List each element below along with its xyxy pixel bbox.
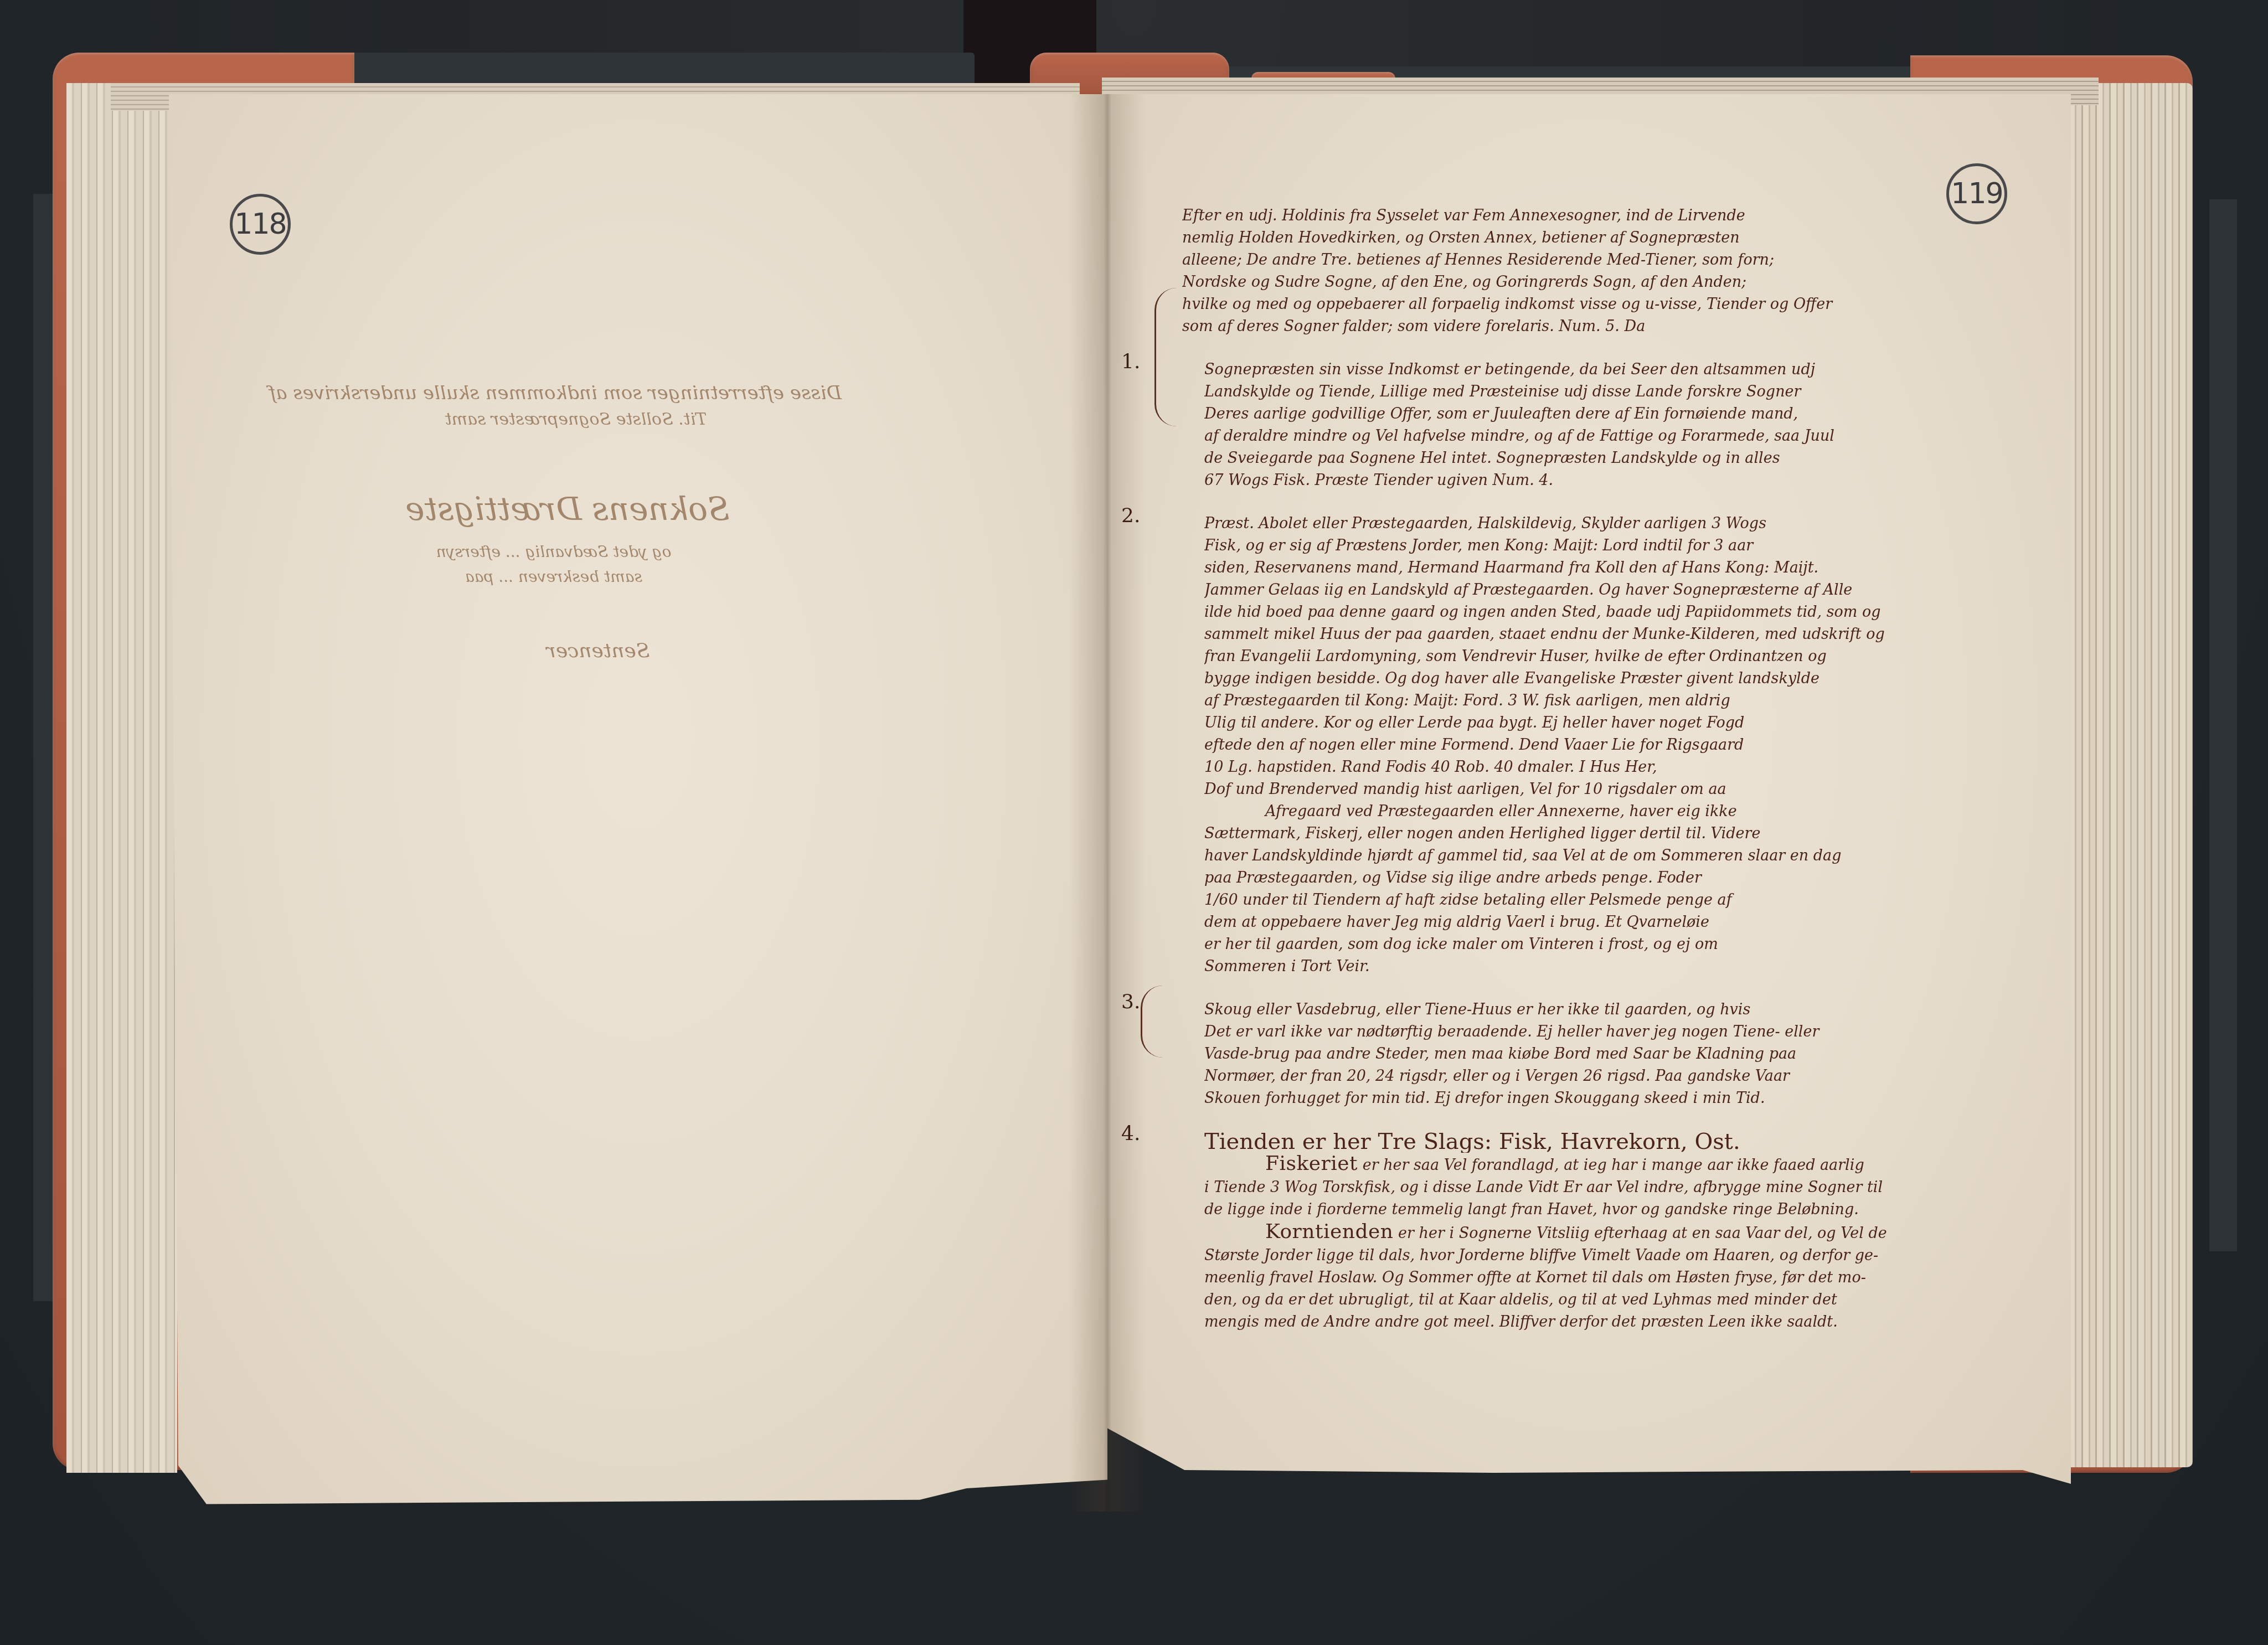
text-line: er her til gaarden, som dog icke maler o…	[1204, 934, 1980, 956]
text-line: af deraldre mindre og Vel hafvelse mindr…	[1204, 425, 1980, 447]
paragraph-lead: Fiskeriet	[1265, 1153, 1358, 1175]
intro-line: Efter en udj. Holdinis fra Sysselet var …	[1182, 205, 1980, 227]
text-line: Vasde-brug paa andre Steder, men maa kiø…	[1204, 1043, 1980, 1065]
manuscript-text: Efter en udj. Holdinis fra Sysselet var …	[1182, 205, 1980, 1333]
section-number: 3.	[1121, 991, 1140, 1013]
intro-block: Efter en udj. Holdinis fra Sysselet var …	[1182, 205, 1980, 338]
text-line: dem at oppebaere haver Jeg mig aldrig Va…	[1204, 911, 1980, 934]
text-line: 10 Lg. hapstiden. Rand Fodis 40 Rob. 40 …	[1204, 756, 1980, 778]
margin-brace	[1154, 288, 1178, 426]
show-through-line: samt beskreven ... paa	[421, 568, 687, 586]
text-line: sammelt mikel Huus der paa gaarden, staa…	[1204, 623, 1980, 646]
paragraph-lead: Korntienden	[1265, 1221, 1394, 1243]
section-number: 2.	[1121, 505, 1140, 527]
intro-line: hvilke og med og oppebaerer all forpaeli…	[1182, 293, 1980, 316]
text-line: haver Landskyldinde hjørdt af gammel tid…	[1204, 845, 1980, 867]
text-line: Sommeren i Tort Veir.	[1204, 956, 1980, 978]
section-number: 4.	[1121, 1123, 1140, 1145]
page-edges-left	[66, 83, 177, 1473]
text-line: de Sveiegarde paa Sognene Hel intet. Sog…	[1204, 447, 1980, 470]
show-through-line: og ydet Sædvanlig ... eftersyn	[421, 543, 687, 561]
section-4: 4. Tienden er her Tre Slags: Fisk, Havre…	[1182, 1131, 1980, 1333]
show-through-line: Tit. Sollste Sognepræster samt	[354, 410, 797, 429]
intro-line: Nordske og Sudre Sogne, af den Ene, og G…	[1182, 271, 1980, 293]
text-line: ilde hid boed paa denne gaard og ingen a…	[1204, 601, 1980, 623]
text-line: Skoug eller Vasdebrug, eller Tiene-Huus …	[1204, 999, 1980, 1021]
text-line: mengis med de Andre andre got meel. Blif…	[1204, 1311, 1980, 1333]
section-2: 2. Præst. Abolet eller Præstegaarden, Ha…	[1182, 513, 1980, 978]
text-line: Landskylde og Tiende, Lillige med Præste…	[1204, 381, 1980, 403]
page-number-left: 118	[230, 194, 291, 255]
cover-board-side-right	[2209, 199, 2237, 1251]
text-line: Fisk, og er sig af Præstens Jorder, men …	[1204, 535, 1980, 557]
intro-line: nemlig Holden Hovedkirken, og Orsten Ann…	[1182, 227, 1980, 249]
text-line: bygge indigen besidde. Og dog haver alle…	[1204, 668, 1980, 690]
text-line: fran Evangelii Lardomyning, som Vendrevi…	[1204, 646, 1980, 668]
margin-brace	[1141, 986, 1164, 1058]
show-through-line: Sentencer	[515, 640, 681, 662]
text-fragment: er her i Sognerne Vitsliig efterhaag at …	[1398, 1225, 1887, 1242]
text-line: Korntienden er her i Sognerne Vitsliig e…	[1204, 1221, 1980, 1245]
text-line: Dof und Brenderved mandig hist aarligen,…	[1204, 778, 1980, 801]
text-line: de ligge inde i fiorderne temmelig langt…	[1204, 1199, 1980, 1221]
text-line: Fiskeriet er her saa Vel forandlagd, at …	[1204, 1153, 1980, 1177]
section-3: 3. Skoug eller Vasdebrug, eller Tiene-Hu…	[1182, 999, 1980, 1110]
text-line: 1/60 under til Tiendern af haft zidse be…	[1204, 889, 1980, 911]
text-line: Sognepræsten sin visse Indkomst er betin…	[1204, 359, 1980, 381]
text-line: Skouen forhugget for min tid. Ej drefor …	[1204, 1087, 1980, 1110]
text-line: meenlig fravel Hoslaw. Og Sommer offte a…	[1204, 1267, 1980, 1289]
section-number: 1.	[1121, 351, 1140, 373]
intro-line: alleene; De andre Tre. betienes af Henne…	[1182, 249, 1980, 271]
text-line: Jammer Gelaas iig en Landskyld af Præste…	[1204, 579, 1980, 601]
text-line: siden, Reservanens mand, Hermand Haarman…	[1204, 557, 1980, 579]
text-line: Afregaard ved Præstegaarden eller Annexe…	[1204, 801, 1980, 823]
text-line: Sættermark, Fiskerj, eller nogen anden H…	[1204, 823, 1980, 845]
text-line: Ulig til andere. Kor og eller Lerde paa …	[1204, 712, 1980, 734]
show-through-line: Soknens Drættigste	[388, 490, 748, 528]
section-1: 1. Sognepræsten sin visse Indkomst er be…	[1182, 359, 1980, 492]
text-line: Deres aarlige godvillige Offer, som er J…	[1204, 403, 1980, 425]
text-line: paa Præstegaarden, og Vidse sig ilige an…	[1204, 867, 1980, 889]
text-line: 67 Wogs Fisk. Præste Tiender ugiven Num.…	[1204, 470, 1980, 492]
gutter-shadow	[1069, 94, 1146, 1512]
text-line: Normøer, der fran 20, 24 rigsdr, eller o…	[1204, 1065, 1980, 1087]
section-heading: Tienden er her Tre Slags: Fisk, Havrekor…	[1204, 1131, 1980, 1153]
text-line: Største Jorder ligge til dals, hvor Jord…	[1204, 1245, 1980, 1267]
text-line: af Præstegaarden til Kong: Maijt: Ford. …	[1204, 690, 1980, 712]
text-line: Præst. Abolet eller Præstegaarden, Halsk…	[1204, 513, 1980, 535]
show-through-line: Disse efterretninger som indkommen skull…	[288, 382, 842, 404]
text-line: eftede den af nogen eller mine Formend. …	[1204, 734, 1980, 756]
text-fragment: er her saa Vel forandlagd, at ieg har i …	[1363, 1157, 1864, 1174]
text-line: den, og da er det ubrugligt, til at Kaar…	[1204, 1289, 1980, 1311]
intro-line: som af deres Sogner falder; som videre f…	[1182, 316, 1980, 338]
text-line: i Tiende 3 Wog Torskfisk, og i disse Lan…	[1204, 1177, 1980, 1199]
text-line: Det er varl ikke var nødtørftig beraaden…	[1204, 1021, 1980, 1043]
left-page	[169, 94, 1107, 1523]
